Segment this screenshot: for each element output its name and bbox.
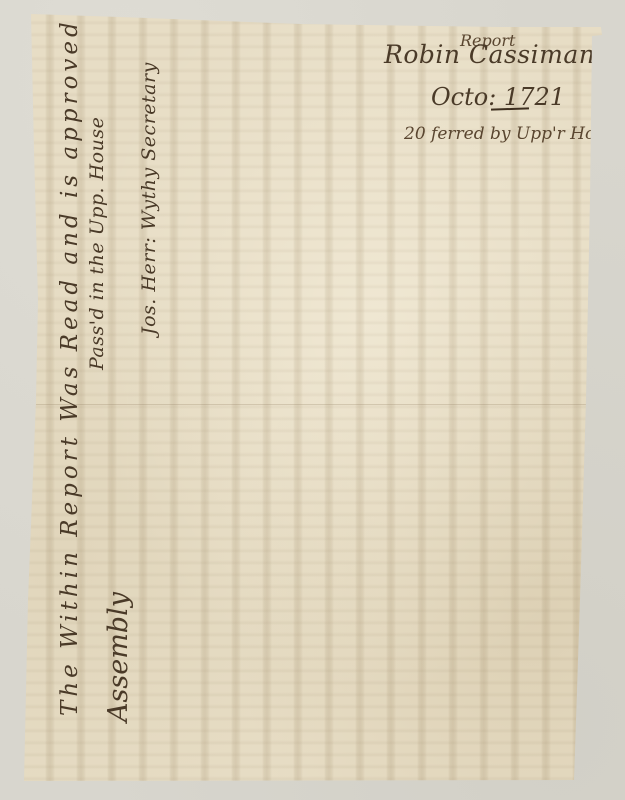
endorsement-line-1: The Within Report Was Read and is approv… <box>57 0 83 716</box>
endorsement-signature: Jos. Herr: Wythy Secretary <box>138 62 160 335</box>
endorsement-line-1-continued: Assembly <box>103 592 134 722</box>
docket-title: Robin Cassimannon <box>384 40 625 69</box>
manuscript-page: Report Robin Cassimannon Octo: 1721 20 f… <box>0 0 625 800</box>
endorsement-line-2: Pass'd in the Upp. House <box>86 117 108 370</box>
docket-reference: 20 ferred by Upp'r Hous <box>404 124 615 144</box>
docket-date: Octo: 1721 <box>431 83 565 111</box>
horizontal-fold-line <box>36 404 586 405</box>
